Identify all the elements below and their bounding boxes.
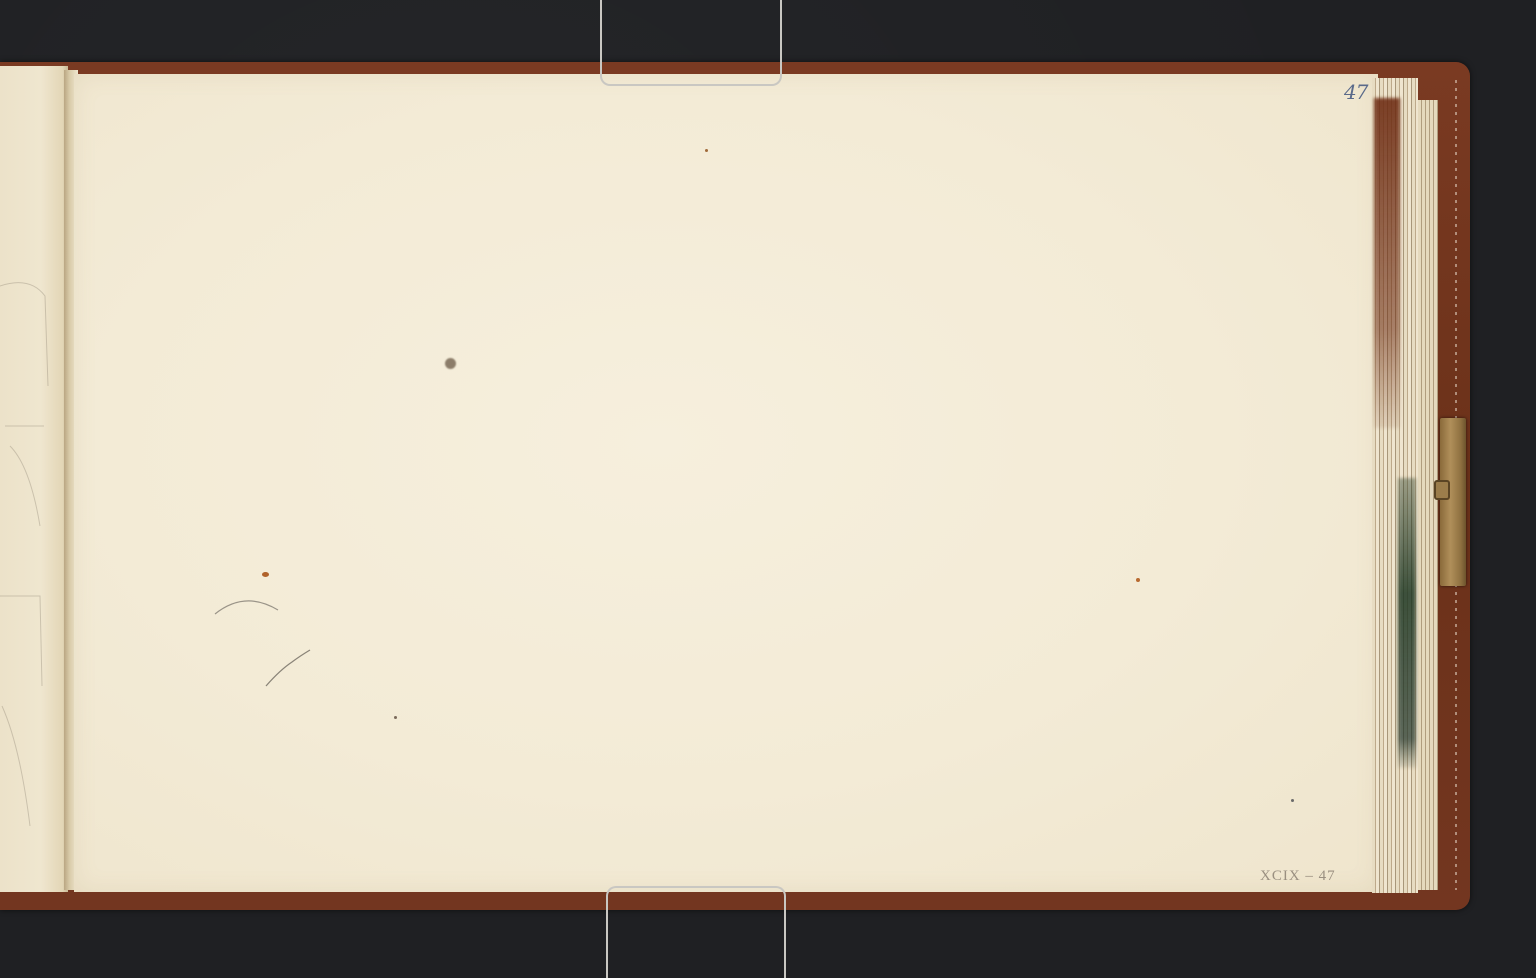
clasp-knob bbox=[1434, 480, 1450, 500]
grey-spot-mark bbox=[445, 358, 456, 369]
wire-clip-top bbox=[600, 0, 782, 86]
dust-spot bbox=[1291, 799, 1294, 802]
dust-spot bbox=[394, 716, 397, 719]
pencil-strokes bbox=[200, 580, 340, 700]
blank-sketchbook-page bbox=[74, 74, 1378, 892]
foxing-spot bbox=[705, 149, 708, 152]
brass-clasp bbox=[1440, 418, 1466, 586]
wire-clip-bottom bbox=[606, 886, 786, 978]
catalogue-stamp: XCIX – 47 bbox=[1260, 868, 1336, 885]
foxing-spot bbox=[1136, 578, 1140, 582]
left-page-pencil-sketch bbox=[0, 266, 60, 866]
green-pigment-stain bbox=[1398, 478, 1416, 768]
foxing-spot bbox=[262, 572, 269, 577]
left-page bbox=[0, 66, 68, 892]
handwritten-page-number: 47 bbox=[1344, 80, 1367, 104]
page-stack-edges bbox=[1372, 78, 1418, 893]
rust-stain bbox=[1374, 98, 1400, 428]
